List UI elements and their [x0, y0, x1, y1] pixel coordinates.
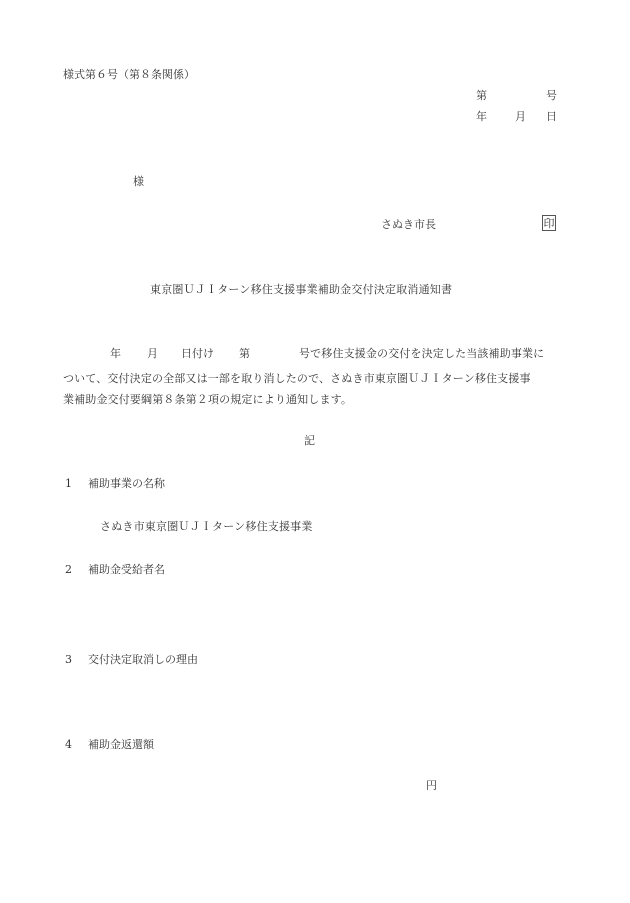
- date-month-label: 月: [515, 111, 526, 122]
- document-number-suffix: 号: [546, 90, 557, 101]
- item-number: 4: [65, 739, 72, 750]
- document-title: 東京圏ＵＪＩターン移住支援事業補助金交付決定取消通知書: [150, 284, 452, 295]
- seal-icon: 印: [542, 215, 556, 231]
- body-year-label: 年: [110, 348, 121, 359]
- item-label: 補助金返還額: [88, 739, 154, 750]
- item-value: さぬき市東京圏ＵＪＩターン移住支援事業: [100, 521, 313, 532]
- addressee-honorific: 様: [133, 176, 144, 187]
- body-line-3: 業補助金交付要綱第８条第２項の規定により通知します。: [63, 394, 352, 405]
- document-number-prefix: 第: [476, 90, 487, 101]
- item-number: 2: [65, 564, 72, 575]
- ki-heading: 記: [304, 435, 315, 446]
- body-number-prefix: 第: [239, 348, 250, 359]
- date-year-label: 年: [476, 111, 487, 122]
- item-label: 補助事業の名称: [88, 478, 165, 489]
- body-line1-rest: 号で移住支援金の交付を決定した当該補助事業に: [299, 348, 544, 359]
- yen-unit: 円: [426, 780, 437, 791]
- sender-name: さぬき市長: [381, 219, 436, 230]
- body-month-label: 月: [147, 348, 158, 359]
- item-label: 交付決定取消しの理由: [88, 654, 198, 665]
- item-label: 補助金受給者名: [88, 564, 165, 575]
- item-number: 3: [65, 654, 72, 665]
- item-number: 1: [65, 478, 72, 489]
- body-line-2: ついて、交付決定の全部又は一部を取り消したので、さぬき市東京圏ＵＪＩターン移住支…: [63, 373, 531, 384]
- body-day-label: 日付け: [181, 348, 214, 359]
- form-number: 様式第６号（第８条関係）: [63, 69, 195, 80]
- date-day-label: 日: [546, 111, 557, 122]
